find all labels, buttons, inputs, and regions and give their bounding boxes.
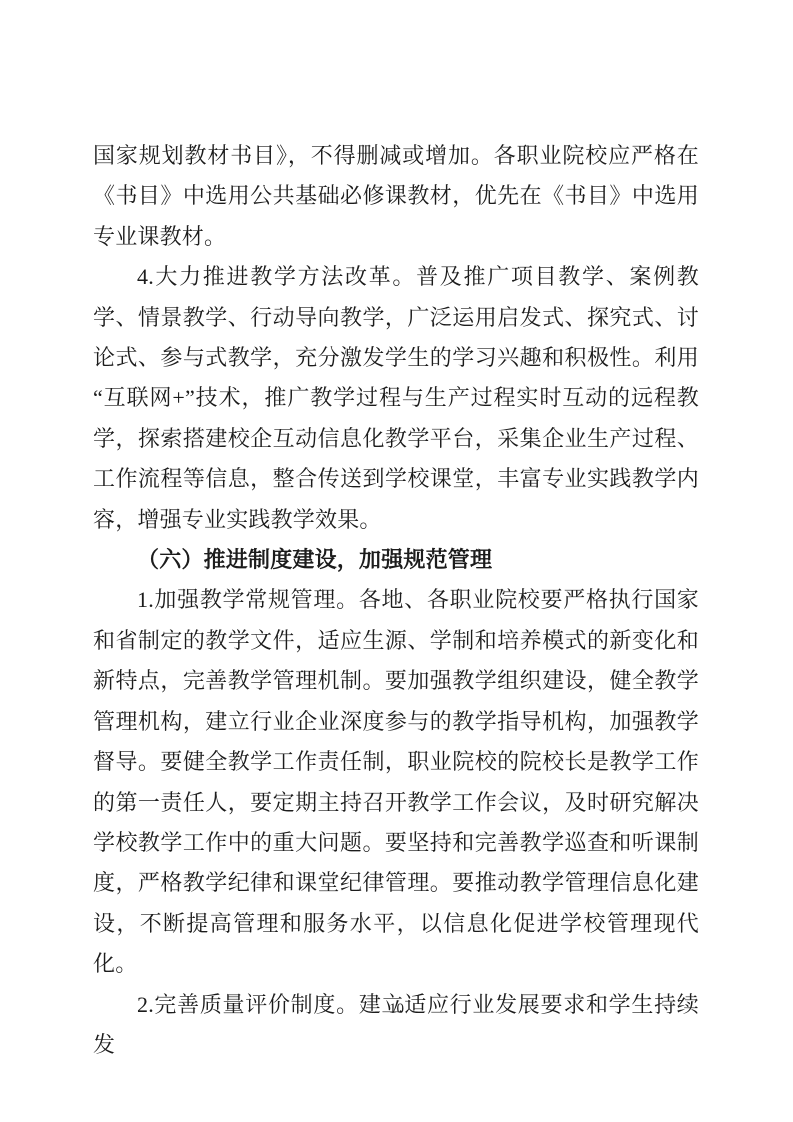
paragraph-2-quality-evaluation-partial: 2.完善质量评价制度。建立适应行业发展要求和学生持续发	[93, 985, 699, 1066]
paragraph-continuation-textbook-catalog: 国家规划教材书目》，不得删减或增加。各职业院校应严格在《书目》中选用公共基础必修…	[93, 136, 699, 257]
page-number: 10	[389, 1001, 404, 1017]
paragraph-1-teaching-routine-management: 1.加强教学常规管理。各地、各职业院校要严格执行国家和省制定的教学文件，适应生源…	[93, 580, 699, 984]
section-heading-six: （六）推进制度建设，加强规范管理	[93, 540, 699, 580]
page-footer: 10	[0, 998, 793, 1020]
document-page: 国家规划教材书目》，不得删减或增加。各职业院校应严格在《书目》中选用公共基础必修…	[0, 0, 793, 1122]
paragraph-4-teaching-method-reform: 4.大力推进教学方法改革。普及推广项目教学、案例教学、情景教学、行动导向教学，广…	[93, 257, 699, 540]
document-body: 国家规划教材书目》，不得删减或增加。各职业院校应严格在《书目》中选用公共基础必修…	[93, 136, 699, 1065]
